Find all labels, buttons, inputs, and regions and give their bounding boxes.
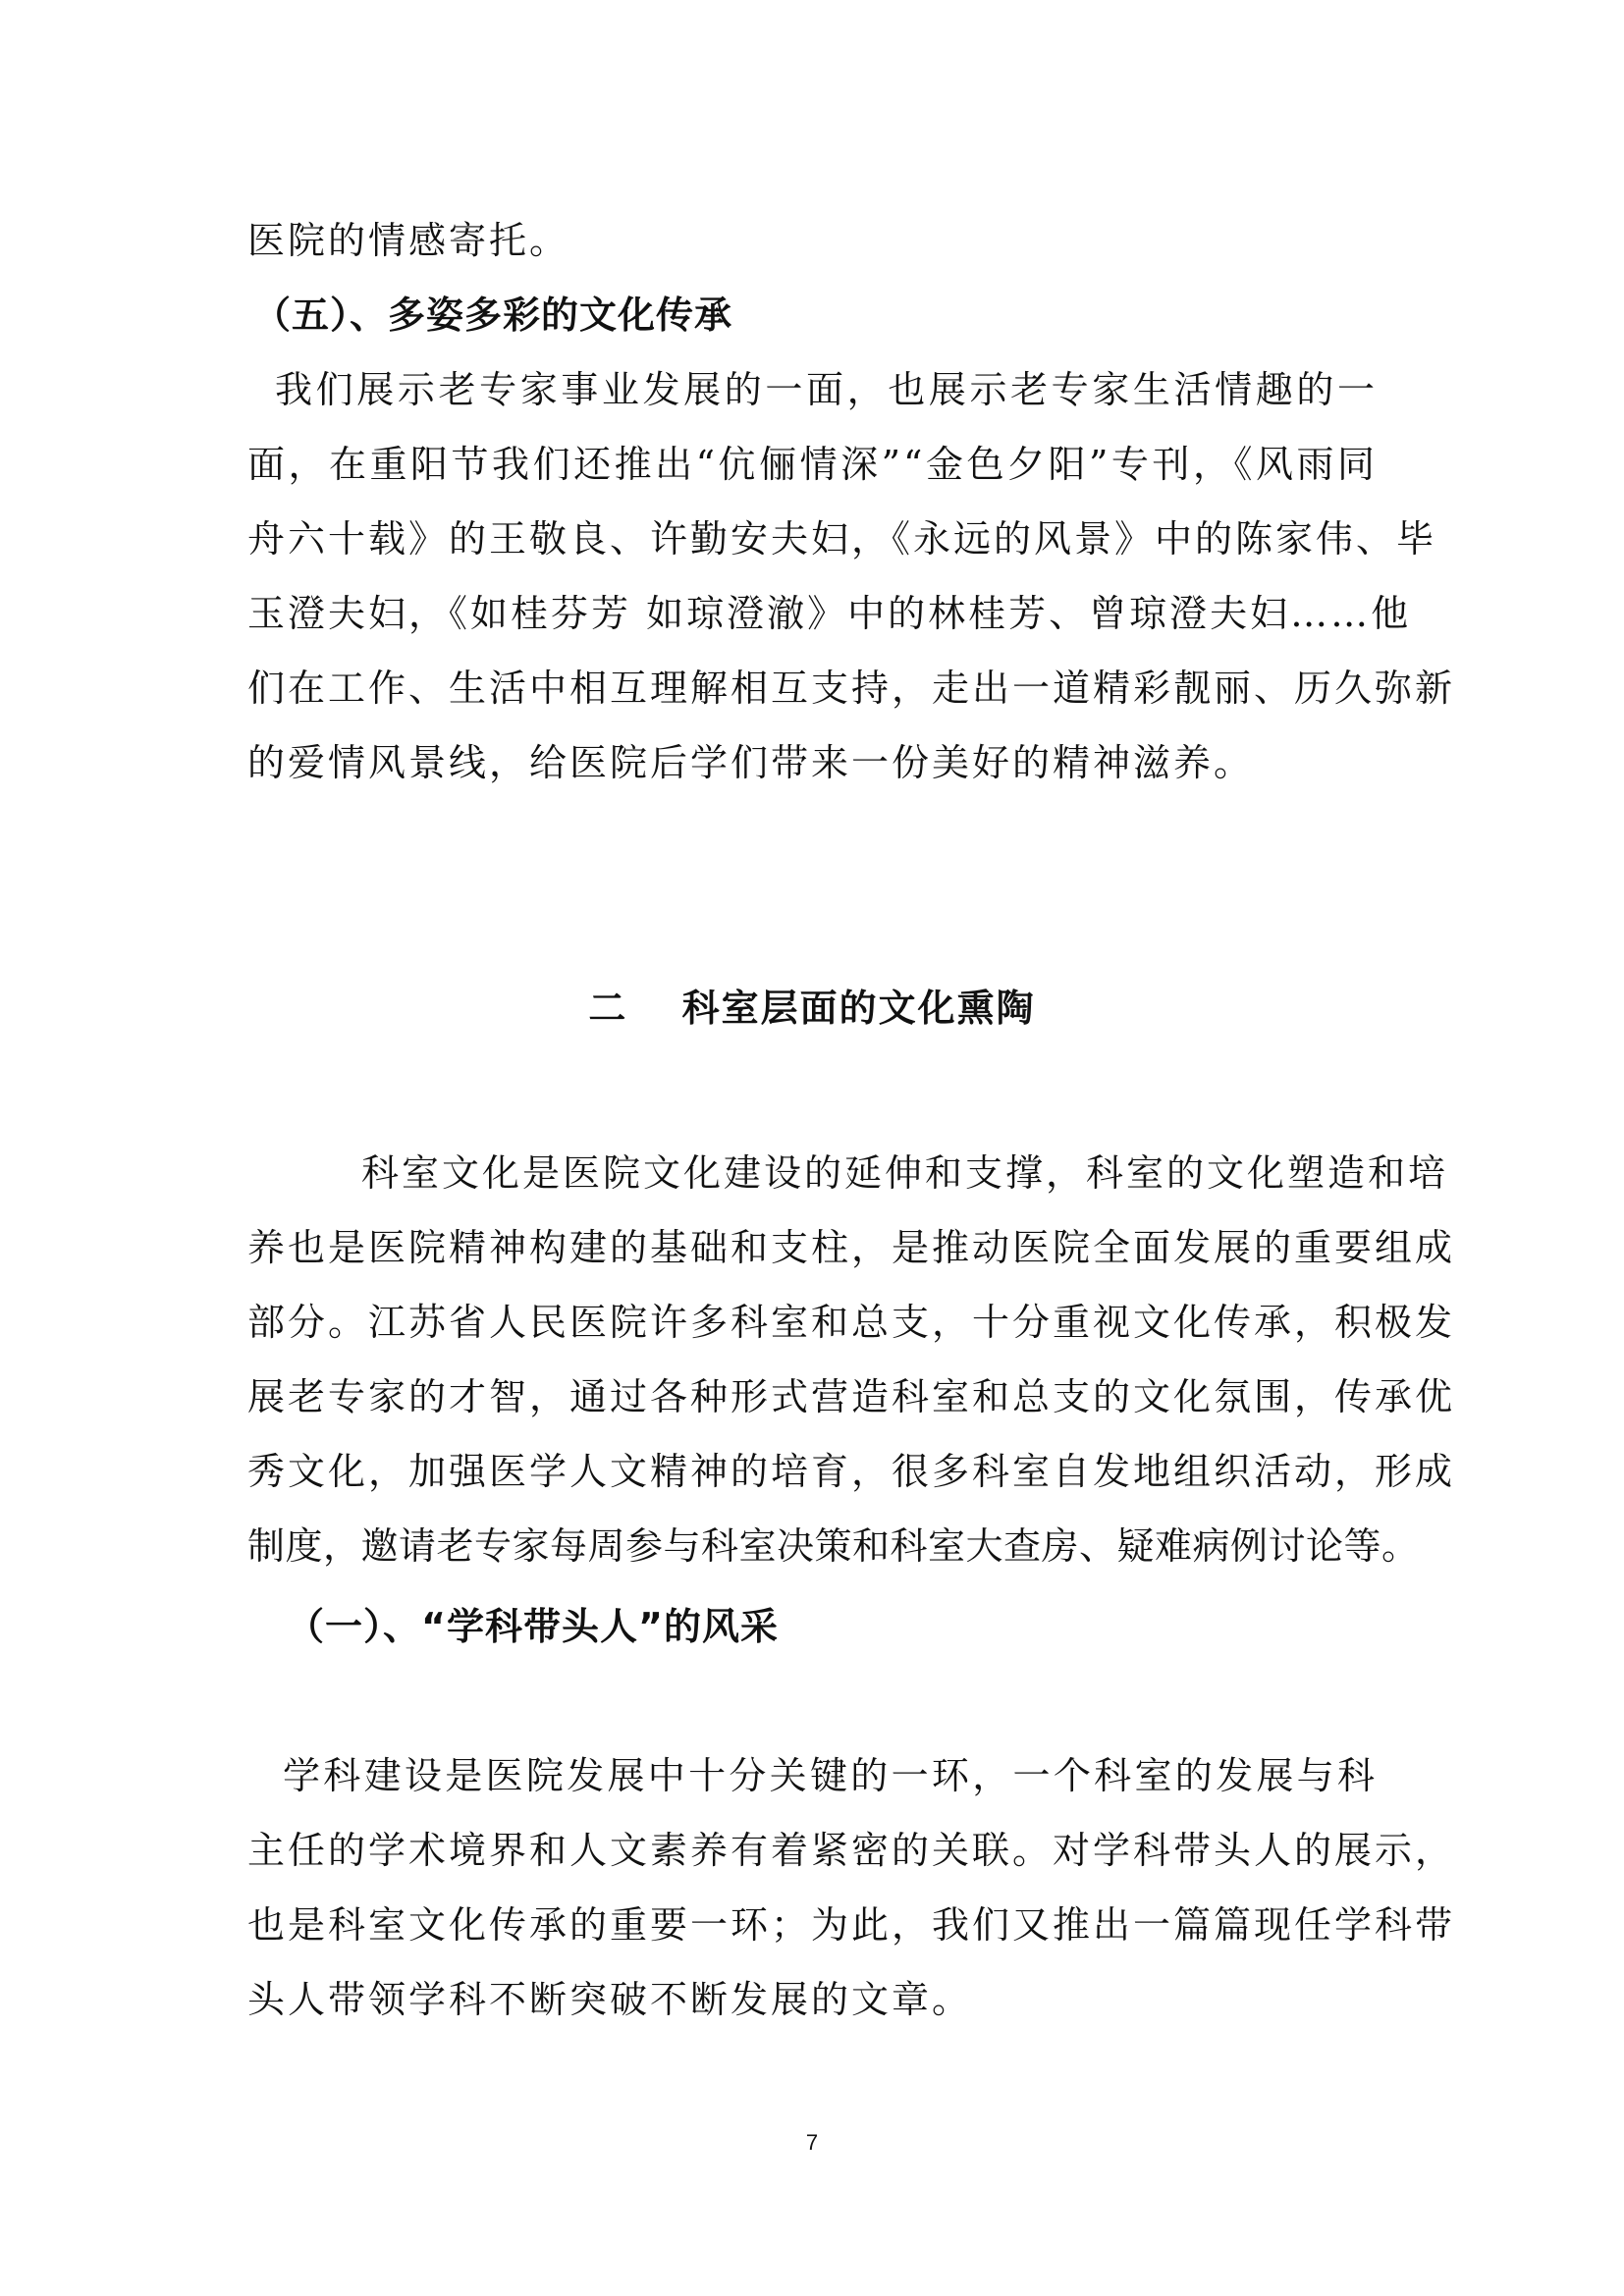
paragraph-line: 玉澄夫妇，《如桂芬芳 如琼澄澈》中的林桂芳、曾琼澄夫妇……他	[247, 591, 1378, 636]
paragraph-line: 也是科室文化传承的重要一环；为此，我们又推出一篇篇现任学科带	[247, 1902, 1378, 1948]
paragraph-line: 面，在重阳节我们还推出“伉俪情深”“金色夕阳”专刊，《风雨同	[247, 442, 1378, 487]
paragraph-line: 我们展示老专家事业发展的一面，也展示老专家生活情趣的一	[275, 367, 1378, 412]
paragraph-line: 们在工作、生活中相互理解相互支持，走出一道精彩靓丽、历久弥新	[247, 666, 1378, 711]
document-page: 医院的情感寄托。 （五）、多姿多彩的文化传承 我们展示老专家事业发展的一面，也展…	[0, 0, 1624, 2296]
paragraph-line: 展老专家的才智，通过各种形式营造科室和总支的文化氛围，传承优	[247, 1374, 1378, 1419]
paragraph-line: 医院的情感寄托。	[247, 218, 1378, 263]
paragraph-line: 秀文化，加强医学人文精神的培育，很多科室自发地组织活动，形成	[247, 1449, 1378, 1494]
paragraph-line: 科室文化是医院文化建设的延伸和支撑，科室的文化塑造和培	[361, 1150, 1378, 1196]
paragraph-line: 主任的学术境界和人文素养有着紧密的关联。对学科带头人的展示，	[247, 1828, 1378, 1873]
paragraph-line: 舟六十载》的王敬良、许勤安夫妇，《永远的风景》中的陈家伟、毕	[247, 516, 1378, 561]
subsection-heading-5: （五）、多姿多彩的文化传承	[253, 293, 732, 338]
paragraph-line: 学科建设是医院发展中十分关键的一环，一个科室的发展与科	[283, 1753, 1378, 1798]
subsection-heading-1: （一）、“学科带头人”的风采	[287, 1604, 779, 1649]
paragraph-line: 养也是医院精神构建的基础和支柱，是推动医院全面发展的重要组成	[247, 1225, 1378, 1270]
paragraph-line: 头人带领学科不断突破不断发展的文章。	[247, 1977, 1378, 2022]
paragraph-line: 的爱情风景线，给医院后学们带来一份美好的精神滋养。	[247, 740, 1378, 785]
page-number: 7	[0, 2130, 1624, 2156]
section-title: 二 科室层面的文化熏陶	[0, 986, 1624, 1031]
paragraph-line: 制度，邀请老专家每周参与科室决策和科室大查房、疑难病例讨论等。	[247, 1523, 1378, 1569]
paragraph-line: 部分。江苏省人民医院许多科室和总支，十分重视文化传承，积极发	[247, 1300, 1378, 1345]
